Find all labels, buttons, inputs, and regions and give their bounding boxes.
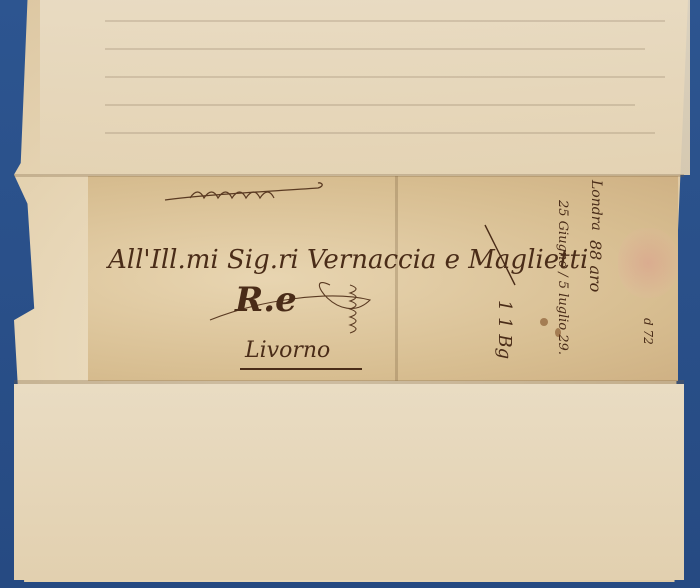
rotated-reference-note: 88 aro (586, 240, 605, 292)
rotated-origin-note: Londra (588, 180, 604, 231)
corner-mark: d 72 (641, 318, 655, 345)
address-line-2: R.e (235, 280, 297, 320)
city-underline (240, 368, 362, 370)
ink-stain (540, 318, 548, 326)
ink-stain (555, 328, 561, 337)
rotated-rate-note: 1 1 Bg (494, 300, 515, 359)
address-city: Livorno (245, 338, 330, 363)
address-line-1: All'Ill.mi Sig.ri Vernaccia e Maglietti (108, 245, 588, 275)
wax-seal-remnant (618, 228, 678, 298)
ink-flourishes (0, 0, 700, 588)
